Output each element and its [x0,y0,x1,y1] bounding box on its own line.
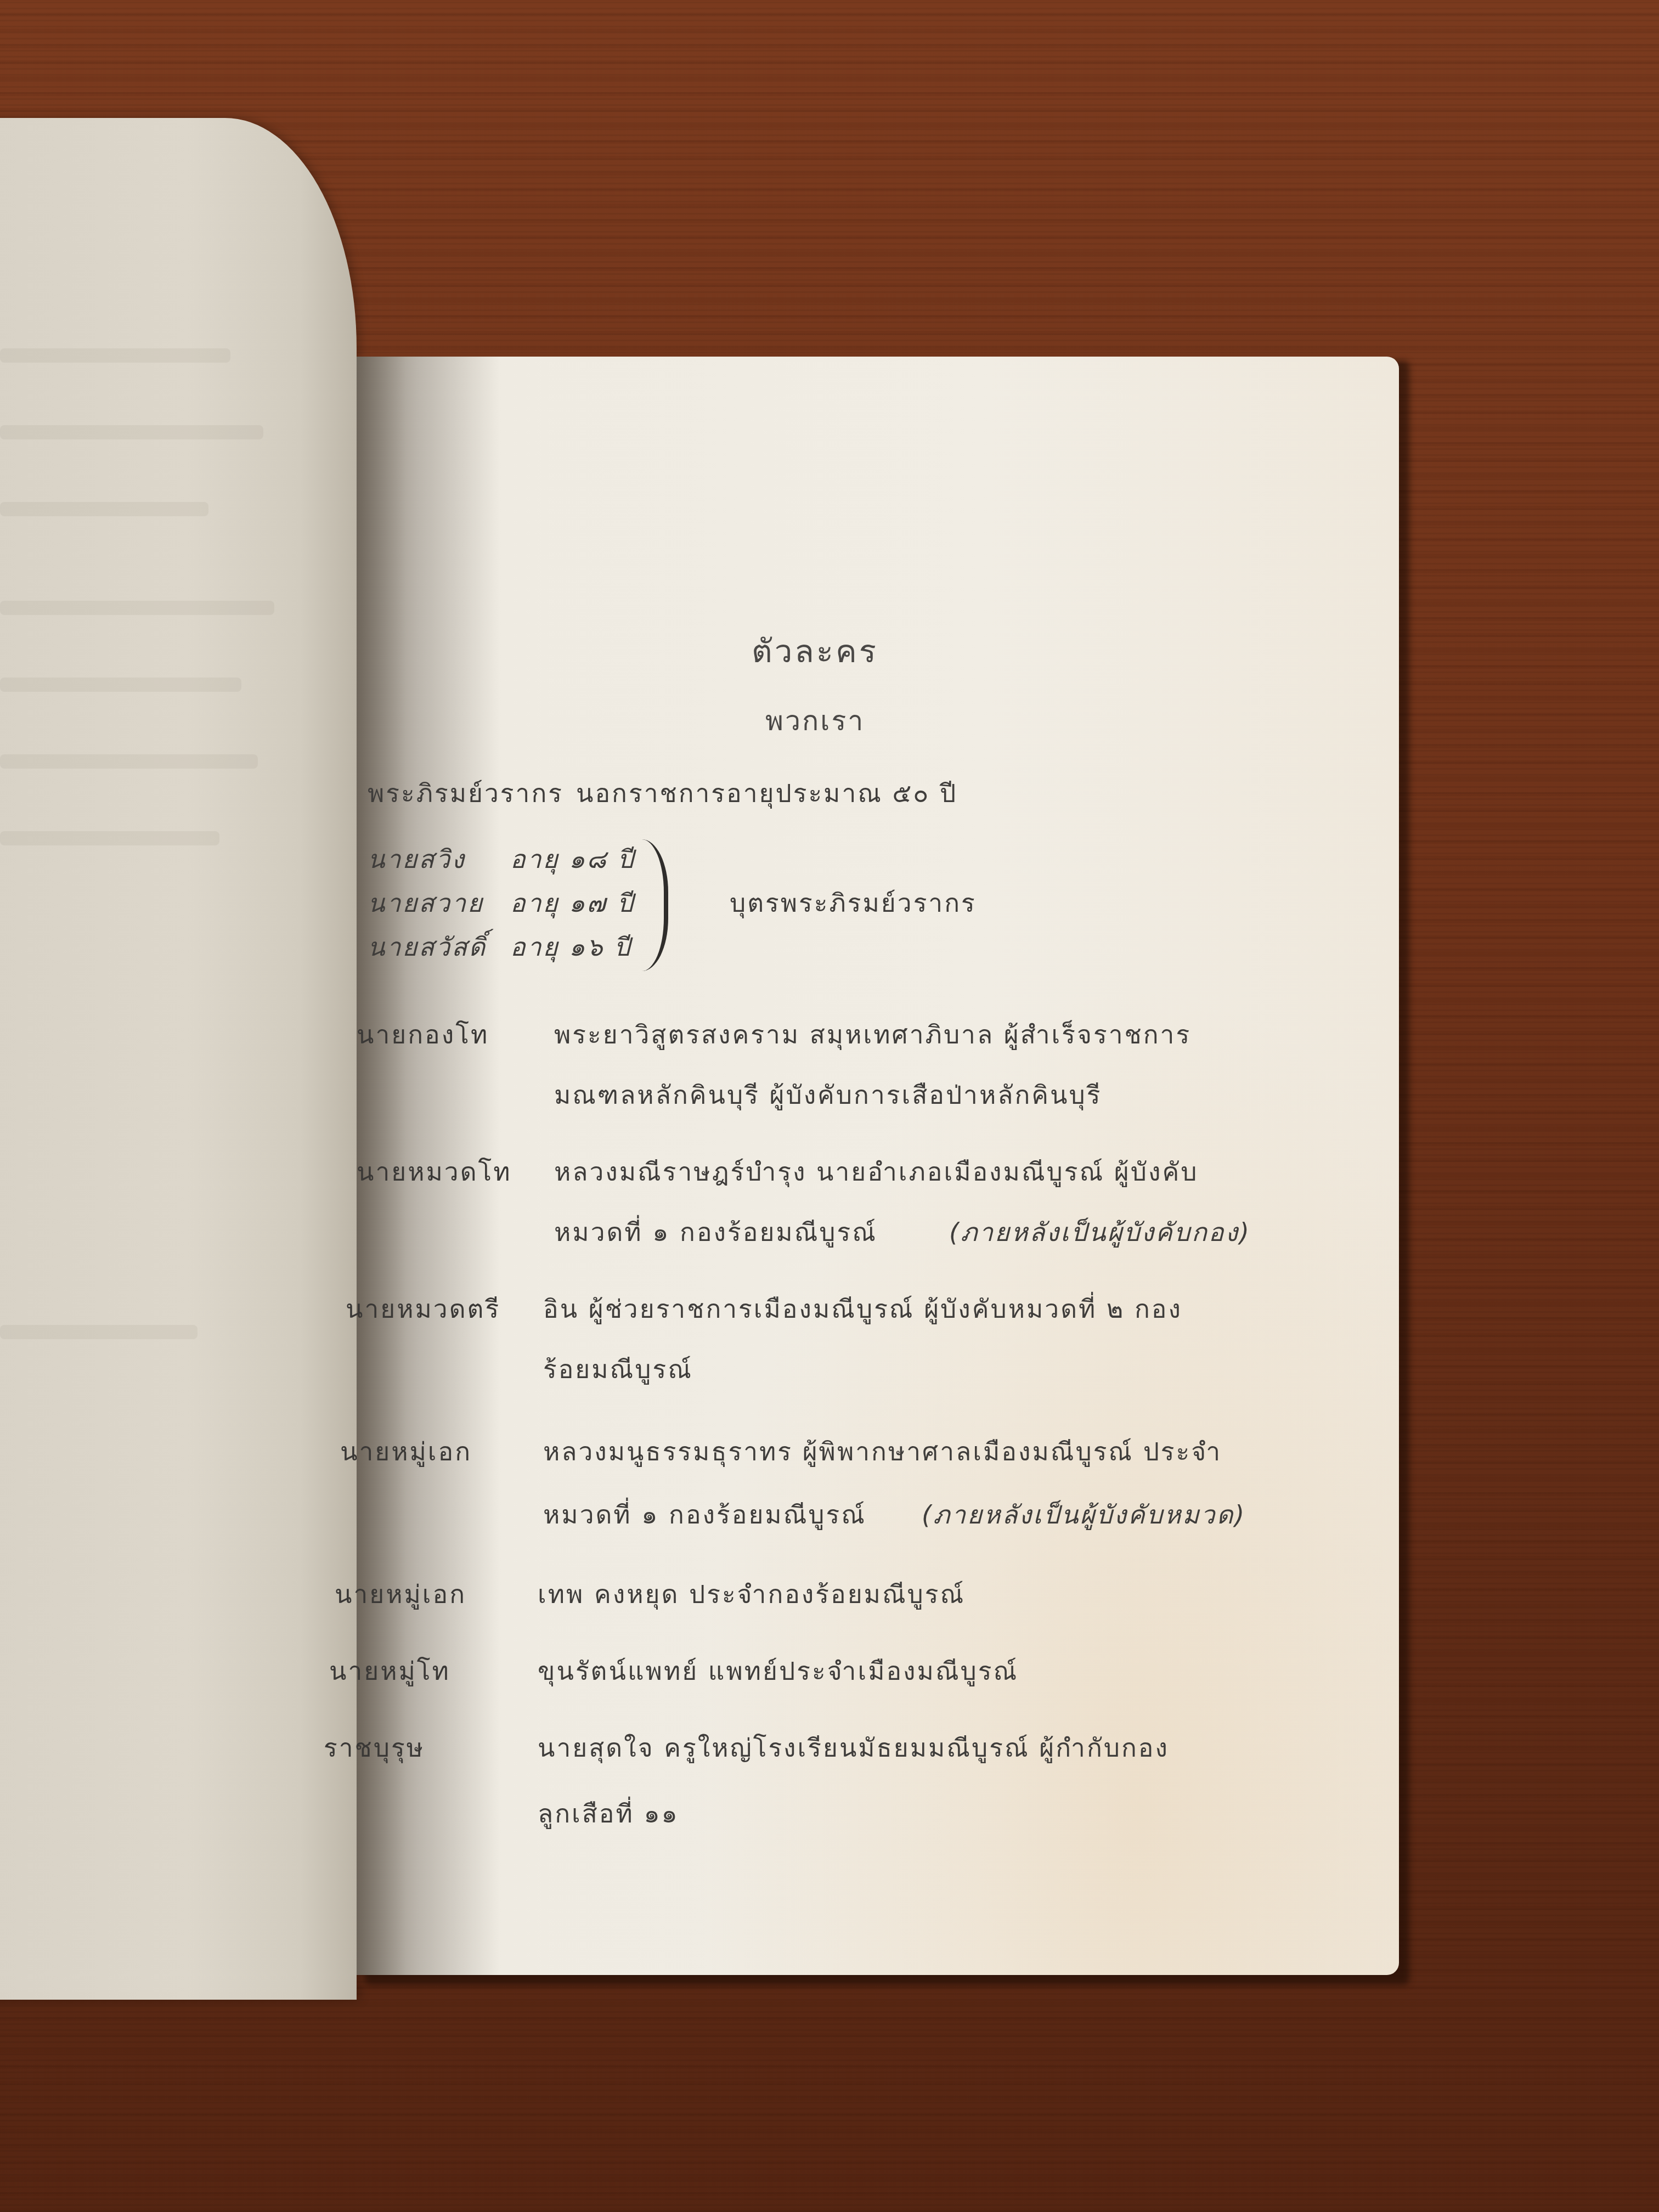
character-note: (ภายหลังเป็นผู้บังคับกอง) [949,1212,1251,1252]
character-description: ร้อยมณีบูรณ์ [543,1350,693,1390]
bleed-through-text [0,425,263,439]
bleed-through-text [0,831,219,845]
son-name: นายสวิง [368,839,466,879]
head-of-family-description: นอกราชการอายุประมาณ ๕๐ ปี [576,774,957,814]
bleed-through-text [0,601,274,615]
character-rank: นายหมวดโท [357,1152,512,1192]
character-description: อิน ผู้ช่วยราชการเมืองมณีบูรณ์ ผู้บังคับ… [543,1289,1182,1329]
character-rank: นายกองโท [357,1015,489,1055]
character-rank: นายหมู่เอก [340,1432,472,1472]
son-name: นายสวัสดิ์ [368,927,487,967]
character-description: ขุนรัตน์แพทย์ แพทย์ประจำเมืองมณีบูรณ์ [538,1651,1018,1691]
son-age: อายุ ๑๖ ปี [510,927,631,967]
bleed-through-text [0,678,241,692]
page-title: ตัวละคร [752,625,878,676]
character-rank: นายหมู่เอก [335,1575,466,1615]
character-description: พระยาวิสูตรสงคราม สมุหเทศาภิบาล ผู้สำเร็… [554,1015,1191,1055]
character-description: นายสุดใจ ครูใหญ่โรงเรียนมัธยมมณีบูรณ์ ผู… [538,1728,1169,1768]
character-description: เทพ คงหยุด ประจำกองร้อยมณีบูรณ์ [538,1575,965,1615]
character-note: (ภายหลังเป็นผู้บังคับหมวด) [922,1495,1246,1535]
son-name: นายสวาย [368,883,484,923]
character-description: ลูกเสือที่ ๑๑ [538,1794,679,1834]
character-rank: นายหมู่โท [329,1651,450,1691]
bleed-through-text [0,754,258,769]
section-heading: พวกเรา [765,699,865,743]
son-age: อายุ ๑๗ ปี [510,883,635,923]
character-rank: ราชบุรุษ [324,1728,425,1768]
bleed-through-text [0,502,208,516]
curly-brace [642,839,668,971]
son-age: อายุ ๑๘ ปี [510,839,635,879]
character-description: หมวดที่ ๑ กองร้อยมณีบูรณ์ [554,1212,877,1252]
character-description: หมวดที่ ๑ กองร้อยมณีบูรณ์ [543,1495,866,1535]
character-rank: นายหมวดตรี [346,1289,500,1329]
head-of-family-name: พระภิรมย์วรากร [368,774,563,814]
character-description: หลวงมนูธรรมธุราทร ผู้พิพากษาศาลเมืองมณีบ… [543,1432,1222,1472]
character-description: มณฑลหลักคินบุรี ผู้บังคับการเสือป่าหลักค… [554,1075,1102,1115]
left-page-facing [0,118,357,2000]
bleed-through-text [0,348,230,363]
sons-group-label: บุตรพระภิรมย์วรากร [730,883,977,923]
character-description: หลวงมณีราษฎร์บำรุง นายอำเภอเมืองมณีบูรณ์… [554,1152,1198,1192]
cast-list-page: ตัวละคร พวกเรา พระภิรมย์วรากร นอกราชการอ… [357,357,1399,1975]
bleed-through-text [0,1325,198,1339]
